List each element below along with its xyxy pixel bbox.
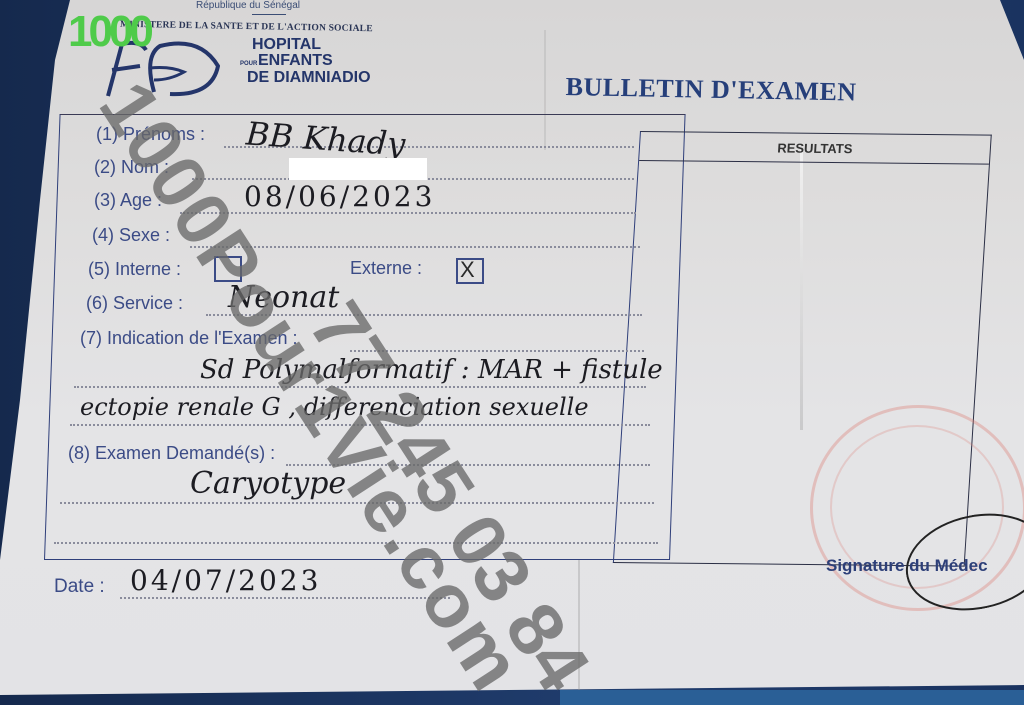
overlay-logo-badge: 1000 — [68, 10, 150, 54]
background-edge — [560, 690, 1024, 705]
dotted-line — [54, 542, 658, 544]
divider — [252, 14, 286, 15]
date-label: Date : — [54, 576, 105, 598]
handwritten-date: 04/07/2023 — [130, 564, 321, 597]
hospital-name-line2: ENFANTS — [258, 53, 333, 69]
badge-number: 1000 — [68, 7, 150, 56]
hospital-name-line1: HOPITAL — [252, 37, 321, 53]
handwritten-age: 08/06/2023 — [244, 180, 435, 213]
republic-text: République du Sénégal — [196, 0, 300, 11]
field-label-externe: Externe : — [350, 258, 422, 279]
results-heading: RESULTATS — [639, 132, 991, 165]
field-label-interne: (5) Interne : — [88, 259, 181, 280]
field-label-examen: (8) Examen Demandé(s) : — [68, 443, 275, 464]
externe-checkbox[interactable]: X — [456, 258, 484, 284]
hospital-pour: POUR — [240, 61, 257, 67]
field-label-service: (6) Service : — [86, 293, 183, 314]
hospital-name-line3: DE DIAMNIADIO — [247, 70, 371, 86]
redaction-box — [289, 158, 427, 180]
document-title: BULLETIN D'EXAMEN — [565, 72, 856, 108]
check-mark-icon: X — [460, 259, 475, 281]
